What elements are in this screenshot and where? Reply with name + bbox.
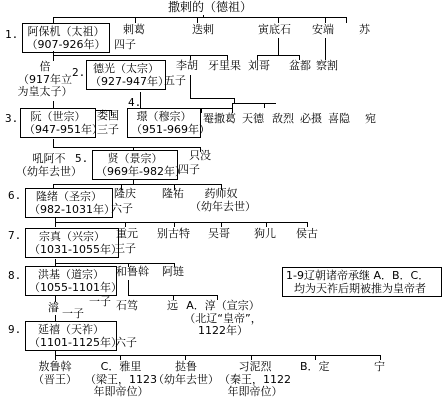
person-xiyin: 喜隐 <box>328 113 350 126</box>
person-heluwo: 和鲁斡 <box>116 266 149 279</box>
person-yansage: 罨撒葛 <box>203 113 236 126</box>
emperor-years: （969年-982年） <box>96 165 174 178</box>
connector <box>232 103 276 104</box>
emperor-years: （1101-1125年） <box>29 336 113 349</box>
sons-count: 四子 <box>114 39 136 52</box>
connector <box>201 108 202 113</box>
emperor-name: 洪基（道宗） <box>29 268 113 281</box>
connector <box>53 55 228 56</box>
person-wuge: 吴哥 <box>208 228 230 241</box>
sons-count: 三子 <box>114 243 136 256</box>
connector <box>128 280 129 296</box>
person-wan: 宛 <box>365 113 376 126</box>
connector <box>53 17 347 18</box>
emperor-name: 阿保机（太祖） <box>26 25 106 38</box>
root-ancestor: 撒剌的（德祖） <box>168 1 252 15</box>
connector <box>53 184 221 185</box>
person-ding: B．定 <box>300 361 330 374</box>
emperor-number: 6. <box>8 190 21 203</box>
person-gouer: 狗儿 <box>254 228 276 241</box>
sons-count: 五子 <box>164 75 186 88</box>
person-jun: 濬 <box>48 302 59 315</box>
person-bei: 倍 （917年立 为皇太子） <box>10 61 80 99</box>
emperor-years: （907-926年） <box>26 38 106 51</box>
emperor-number: 8. <box>8 270 21 283</box>
person-dilie: 敌烈 <box>272 113 294 126</box>
person-aoluwo: 敖鲁斡 （晋王） <box>20 361 90 386</box>
emperor-years: （947-951年） <box>24 123 92 136</box>
emperor-name: 隆绪（圣宗） <box>29 190 109 203</box>
emperor-box-taizu: 阿保机（太祖） （907-926年） <box>22 23 110 53</box>
person-chage: 察割 <box>316 60 338 73</box>
person-chun-xuanzong: A．淳（宣宗） （北辽“皇帝”， 1122年） <box>183 300 263 338</box>
person-yaoshinu: 药师奴 （幼年去世） <box>190 188 252 213</box>
person-hounabu: 吼阿不 （幼年去世） <box>14 153 84 178</box>
emperor-box-muzong: 璟（穆宗） （951-969年） <box>127 108 201 138</box>
sons-count: 四子 <box>178 164 200 177</box>
connector <box>190 75 191 99</box>
sons-count: 三子 <box>97 124 119 137</box>
emperor-box-jingzong: 贤（景宗） （969年-982年） <box>92 150 178 180</box>
connector <box>278 38 279 56</box>
emperor-box-taizong: 德光（太宗） （927-947年） <box>86 60 166 90</box>
person-su: 苏 <box>359 24 370 37</box>
person-anduan: 安端 <box>312 24 334 37</box>
person-lage: 剌葛 <box>123 24 145 37</box>
person-yali: C．雅里 （梁王，1123 年即帝位） <box>84 361 158 399</box>
legend-note: 1-9辽朝诸帝承继 A．B．C． 均为天祚后期被推为皇帝者 <box>282 267 442 297</box>
connector <box>346 17 347 23</box>
person-yaliguo: 牙里果 <box>208 60 241 73</box>
person-bishe: 必摄 <box>300 113 322 126</box>
person-longqing: 隆庆 <box>114 188 136 201</box>
person-tiande: 天德 <box>242 113 264 126</box>
person-zhimo: 只没 <box>189 150 211 163</box>
emperor-number: 3. <box>5 113 18 126</box>
connector <box>190 98 234 99</box>
person-lihu: 李胡 <box>176 60 198 73</box>
person-xinilie: 习泥烈 （秦王，1122 年即帝位） <box>218 361 292 399</box>
sons-count: 一子 <box>89 296 111 309</box>
emperor-years: （927-947年） <box>90 75 162 88</box>
person-yuan: 远 <box>167 300 178 313</box>
emperor-number: 2. <box>72 67 85 80</box>
emperor-years: （1031-1055年） <box>29 243 115 256</box>
person-shidu: 石笃 <box>116 300 138 313</box>
person-diela: 迭剌 <box>192 24 214 37</box>
person-ning: 宁 <box>374 361 385 374</box>
person-talu: 挞鲁 （幼年去世） <box>150 361 222 386</box>
connector <box>55 263 175 264</box>
connector <box>257 55 299 56</box>
emperor-name: 璟（穆宗） <box>131 110 197 123</box>
connector <box>55 222 308 223</box>
emperor-number: 9. <box>8 324 21 337</box>
person-pendu: 盆都 <box>289 60 311 73</box>
emperor-box-daozong: 洪基（道宗） （1055-1101年） <box>25 266 117 296</box>
person-zhongyuan: 重元 <box>116 228 138 241</box>
emperor-box-tianzuo: 延禧（天祚） （1101-1125年） <box>25 321 117 351</box>
person-louguo: 娄国 <box>97 110 119 123</box>
emperor-number: 7. <box>8 230 21 243</box>
emperor-name: 宗真（兴宗） <box>29 230 115 243</box>
sons-count: 一子 <box>62 308 84 321</box>
emperor-number: 5. <box>75 153 88 166</box>
connector <box>325 38 326 60</box>
emperor-number: 1. <box>5 29 18 42</box>
emperor-years: （982-1031年） <box>29 203 109 216</box>
sons-count: 六子 <box>111 203 133 216</box>
emperor-years: （1055-1101年） <box>29 281 113 294</box>
person-yindishi: 寅底石 <box>258 24 291 37</box>
emperor-name: 德光（太宗） <box>90 62 162 75</box>
emperor-name: 阮（世宗） <box>24 110 92 123</box>
emperor-box-shengzong: 隆绪（圣宗） （982-1031年） <box>25 188 113 218</box>
person-liuge: 刘哥 <box>248 60 270 73</box>
connector <box>55 222 56 227</box>
emperor-box-xingzong: 宗真（兴宗） （1031-1055年） <box>25 228 119 258</box>
connector <box>55 355 380 356</box>
connector <box>264 103 265 108</box>
emperor-years: （951-969年） <box>131 123 197 136</box>
person-alian: 阿琏 <box>162 266 184 279</box>
person-hougu: 侯古 <box>296 228 318 241</box>
person-longyou: 隆祐 <box>162 188 184 201</box>
emperor-name: 延禧（天祚） <box>29 323 113 336</box>
sons-count: 六子 <box>115 337 137 350</box>
emperor-box-shizong: 阮（世宗） （947-951年） <box>20 108 96 138</box>
connector <box>53 147 200 148</box>
person-biegute: 别古特 <box>157 228 190 241</box>
emperor-name: 贤（景宗） <box>96 152 174 165</box>
